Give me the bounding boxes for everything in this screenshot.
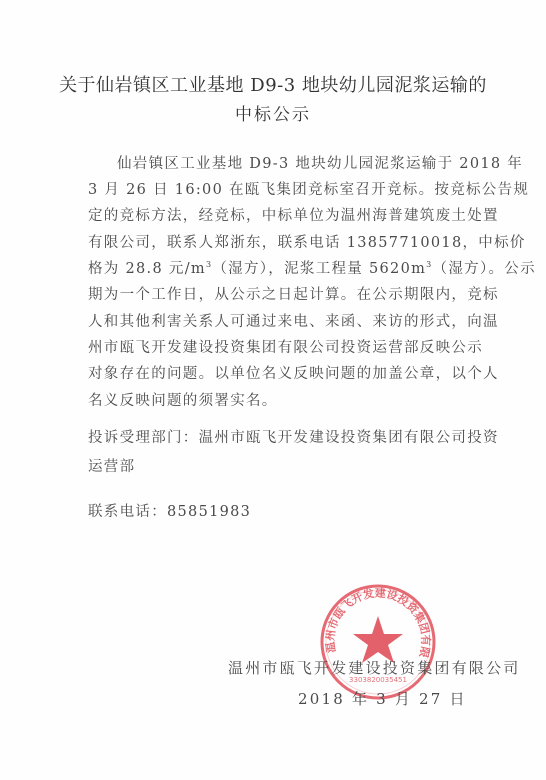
body-line-3: 定的竞标方法，经竞标，中标单位为温州海普建筑废土处置	[88, 204, 499, 225]
body-line-1: 仙岩镇区工业基地 D9-3 地块幼儿园泥浆运输于 2018 年	[117, 152, 523, 173]
body-line-7: 人和其他利害关系人可通过来电、来函、来访的形式，向温	[88, 310, 499, 331]
body-line-5: 格为 28.8 元/m3（湿方），泥浆工程量 5620m3（湿方）。公示	[88, 257, 536, 278]
publicity-text: （湿方）。公示	[433, 261, 536, 277]
body-line-2: 3 月 26 日 16:00 在瓯飞集团竞标室召开竞标。按竞标公告规	[88, 178, 529, 199]
document-title-line-2: 中标公示	[0, 100, 546, 125]
signature-company: 温州市瓯飞开发建设投资集团有限公司	[228, 657, 520, 678]
document-page: 关于仙岩镇区工业基地 D9-3 地块幼儿园泥浆运输的 中标公示 仙岩镇区工业基地…	[0, 0, 546, 780]
contact-phone: 联系电话：85851983	[88, 500, 251, 521]
signature-date: 2018 年 3 月 27 日	[298, 688, 467, 709]
quantity-text: （湿方），泥浆工程量 5620m	[212, 261, 426, 277]
body-line-10: 名义反映问题的须署实名。	[88, 389, 278, 410]
body-line-8: 州市瓯飞开发建设投资集团有限公司投资运营部反映公示	[88, 336, 483, 357]
body-line-9: 对象存在的问题。以单位名义反映问题的加盖公章，以个人	[88, 362, 499, 383]
official-seal-stamp-icon: 温州市瓯飞开发建设投资集团有限公司 3303820035451	[318, 582, 438, 702]
complaint-department-line-1: 投诉受理部门：温州市瓯飞开发建设投资集团有限公司投资	[88, 426, 499, 447]
body-line-6: 期为一个工作日，从公示之日起计算。在公示期限内，竞标	[88, 283, 499, 304]
body-line-4: 有限公司，联系人郑浙东，联系电话 13857710018，中标价	[88, 231, 526, 252]
document-title-line-1: 关于仙岩镇区工业基地 D9-3 地块幼儿园泥浆运输的	[0, 71, 546, 97]
price-text: 格为 28.8 元/m	[88, 261, 206, 277]
complaint-department-line-2: 运营部	[88, 455, 135, 476]
